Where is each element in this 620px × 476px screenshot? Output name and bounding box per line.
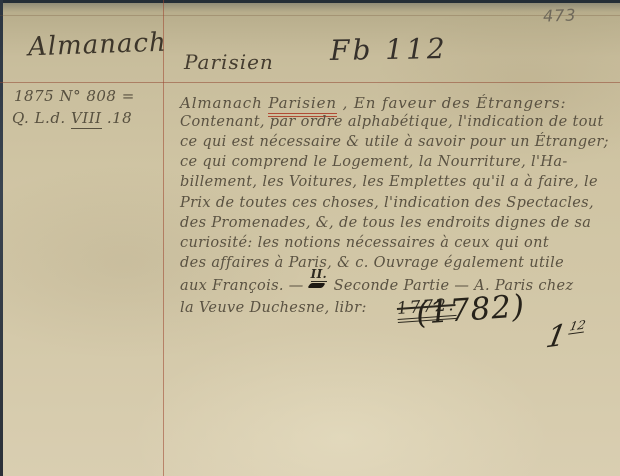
classification-suffix: .18 xyxy=(102,109,133,127)
top-ruled-line xyxy=(0,15,620,16)
card-title-keyword: Almanach xyxy=(28,28,168,63)
pencil-number: 473 xyxy=(543,5,577,25)
body-line-6: Prix de toutes ces choses, l'indication … xyxy=(180,195,594,211)
title-word-almanach: Almanach xyxy=(180,94,268,112)
insertion-group: II. xyxy=(309,276,329,290)
corrected-date: (1782) xyxy=(415,288,526,332)
format-superscript: 12 xyxy=(568,318,587,335)
imprint-text: la Veuve Duchesne, libr: xyxy=(180,300,367,316)
classification-volume: VIII xyxy=(71,109,102,129)
body-line-title: Almanach Parisien , En faveur des Étrang… xyxy=(180,94,566,112)
body-line-7: des Promenades, &, de tous les endroits … xyxy=(180,215,591,231)
card-title-secondary: Parisien xyxy=(184,50,274,74)
body-line-11: la Veuve Duchesne, libr:1772. xyxy=(180,297,455,321)
title-subtitle: , En faveur des Étrangers: xyxy=(337,94,567,112)
accession-number: 1875 N° 808 = xyxy=(14,87,135,105)
body-line-8: curiosité: les notions nécessaires à ceu… xyxy=(180,235,549,251)
body-line-4: ce qui comprend le Logement, la Nourritu… xyxy=(180,154,568,170)
body-line-5: billement, les Voitures, les Emplettes q… xyxy=(180,174,598,190)
format-note: 112 xyxy=(543,316,587,356)
classification-prefix: Q. L.d. xyxy=(12,109,71,127)
body-line-3: ce qui est nécessaire & utile à savoir p… xyxy=(180,134,609,150)
format-base: 1 xyxy=(543,318,569,355)
line10-suffix: Seconde Partie — A. Paris chez xyxy=(329,278,574,294)
insertion-caret-mark xyxy=(307,283,326,288)
body-line-2: Contenant, par ordre alphabétique, l'ind… xyxy=(180,114,604,130)
scan-left-edge xyxy=(0,0,3,476)
header-ruled-line xyxy=(0,82,620,83)
insertion-part-ii: II. xyxy=(311,267,327,282)
vertical-ruled-line xyxy=(163,0,164,476)
body-line-9: des affaires à Paris, & c. Ouvrage égale… xyxy=(180,255,564,271)
shelfmark: Fb 112 xyxy=(330,32,448,67)
line10-prefix: aux François. — xyxy=(180,278,309,294)
catalog-card-scan: 473 Almanach Parisien Fb 112 1875 N° 808… xyxy=(0,0,620,476)
classification-number: Q. L.d. VIII .18 xyxy=(12,109,132,127)
scan-top-shadow xyxy=(0,3,620,12)
